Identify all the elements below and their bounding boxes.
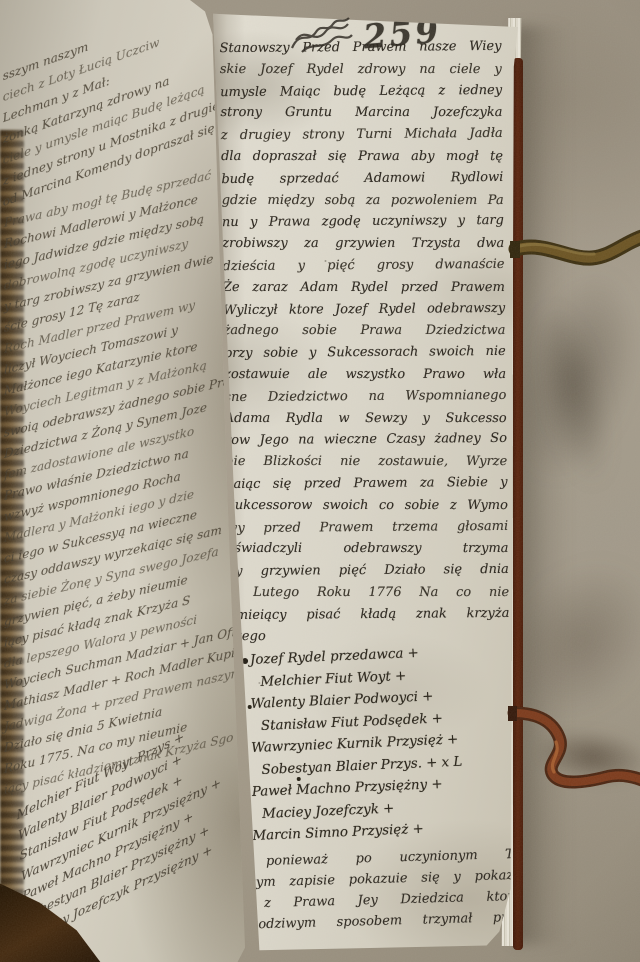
right-page-content: 259 Stanowszy Przed Prawem nasze Wieyski… <box>215 10 528 955</box>
manuscript-line: 4 Lutego Roku 1776 Na co nie <box>227 582 509 604</box>
right-page: 259 Stanowszy Przed Prawem nasze Wieyski… <box>205 10 525 955</box>
manuscript-line: row Jego na wieczne Czasy żadney So <box>225 428 507 452</box>
manuscript-line: umysle Maiąc budę Leżącą z iedney <box>220 79 502 103</box>
manuscript-line: zrobiwszy za grzywien Trzysta dwa <box>222 233 504 255</box>
manuscript-line: oświadczyli odebrawszy trzyma <box>226 538 508 560</box>
manuscript-line: Stanowszy Przed Prawem nasze Wiey <box>219 36 501 60</box>
manuscript-line: przy sobie y Sukcessorach swoich nie <box>224 341 506 365</box>
deed-paragraph: Stanowszy Przed Prawem nasze Wieyskie Jo… <box>219 37 510 647</box>
left-page: sszym naszymciech z Loty Łucią UczciwLec… <box>0 0 250 962</box>
manuscript-line: nu y Prawa zgodę uczyniwszy y targ <box>222 210 504 234</box>
manuscript-line: Sukcessorow swoich co sobie z Wymo <box>226 495 508 517</box>
manuscript-line: dzieścia y pięć grosy dwanaście <box>222 254 504 278</box>
manuscript-line: dla dopraszał się Prawa aby mogł tę <box>221 146 503 168</box>
signature-block: Jozef Rydel przedawca +Melchier Fiut Woy… <box>250 650 513 848</box>
manuscript-line: żadnego sobie Prawa Dziedzictwa <box>223 320 505 342</box>
manuscript-line: budę sprzedać Adamowi Rydlowi <box>221 167 503 191</box>
manuscript-line: Że zaraz Adam Rydel przed Prawem <box>223 277 505 299</box>
manuscript-line: strony Gruntu Marcina Jozefczyka <box>220 102 502 124</box>
manuscript-line: zostawuie ale wszystko Prawo wła <box>224 364 506 386</box>
manuscript-line: z drugiey strony Turni Michała Jadła <box>221 123 503 147</box>
manuscript-line: bie Blizkości nie zostawuie, Wyrze <box>225 451 507 473</box>
manuscript-line: Wyliczył ktore Jozef Rydel odebrawszy <box>223 297 505 321</box>
left-page-text: sszym naszymciech z Loty Łucią UczciwLec… <box>4 0 250 801</box>
manuscript-line: sne Dziedzictwo na Wspomnianego <box>224 385 506 409</box>
closing-paragraph: A ponieważ po uczynionym Takowym zapisie… <box>229 852 522 936</box>
manuscript-photo: sszym naszymciech z Loty Łucią UczciwLec… <box>0 0 640 962</box>
manuscript-line: ny grzywien pięć Działo się dnia <box>227 559 509 583</box>
manuscript-line: umieiący pisać kładą znak krzyża <box>227 603 509 627</box>
book-cover-edge <box>513 58 523 950</box>
manuscript-line: Adama Rydla w Sewzy y Sukcesso <box>225 408 507 430</box>
manuscript-line: skie Jozef Rydel zdrowy na ciele y <box>220 59 502 81</box>
manuscript-line: kaiąc się przed Prawem za Siebie y <box>225 472 507 496</box>
manuscript-line: gdzie między sobą za pozwoleniem Pa <box>222 190 504 212</box>
manuscript-line: wy przed Prawem trzema głosami <box>226 515 508 539</box>
